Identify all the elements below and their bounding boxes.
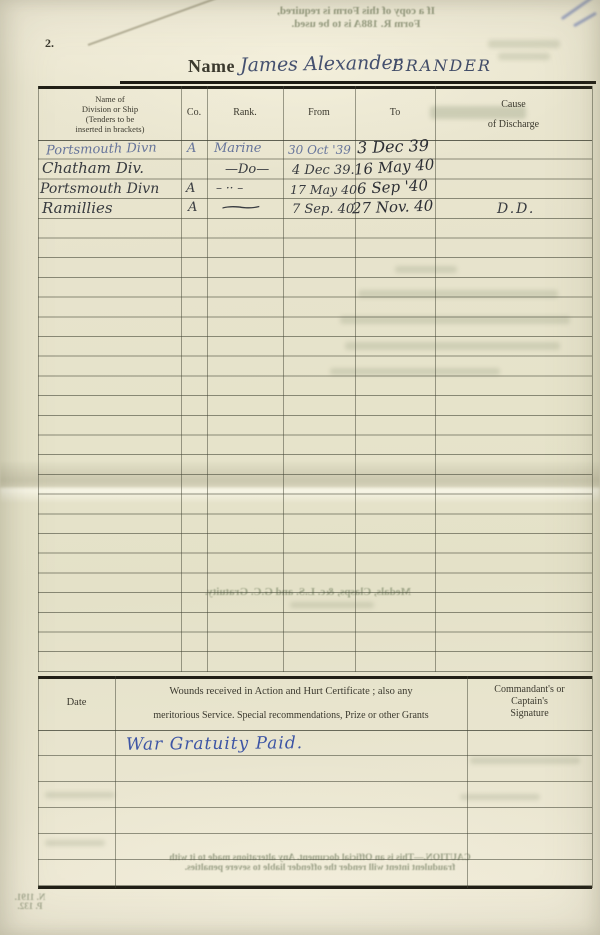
entry-cause: D.D. [497,202,535,216]
entry-from: 30 Oct '39 [288,144,351,156]
entry-rank: – ·· – [216,182,243,194]
col-header-division-line4: inserted in brackets) [40,124,180,134]
col-line [207,86,208,672]
entry-rank: Marine [214,142,262,155]
col-header-from: From [283,107,355,118]
notes-header-signature-line3: Signature [467,708,592,719]
notes-header-date: Date [38,697,115,708]
blue-ink-bleed-stroke [573,12,597,28]
entry-to: 3 Dec 39 [357,138,429,157]
col-line [38,86,39,672]
col-line [181,86,182,672]
ruled-rows-notes [38,730,592,886]
entry-from: 7 Sep. 40 [292,203,354,216]
bleed-smudge [498,53,550,60]
page-number: 2. [45,36,54,51]
bleedthrough-form-ref-line2: P. 132. [8,901,52,911]
entry-rank: —Do— [225,163,269,176]
entry-co: A [187,142,196,155]
col-header-rank: Rank. [207,107,283,118]
col-line [592,86,593,672]
entry-division: Portsmouth Divn [46,142,157,158]
col-line [592,676,593,888]
entry-division: Chatham Div. [42,161,144,176]
entry-rank: ~ [216,200,265,215]
entry-to: 27 Nov. 40 [352,199,434,217]
scanned-service-record-page: If a copy of this Form is required, Form… [0,0,600,935]
col-line [435,86,436,672]
col-header-cause-line1: Cause [435,99,592,110]
name-label: Name [188,56,235,77]
col-header-cause-line2: of Discharge [435,119,592,130]
bleedthrough-top-note-line1: If a copy of this Form is required, [225,5,487,17]
entry-co: A [188,201,197,214]
col-line [283,86,284,672]
name-value-surname: BRANDER [392,58,492,74]
col-header-division-line2: Division or Ship [40,104,180,114]
name-value-script: James Alexander [240,54,402,76]
entry-from: 4 Dec 39. [292,164,355,177]
name-underline [120,81,596,84]
col-header-division-line1: Name of [40,94,180,104]
entry-division: Ramillies [42,201,113,216]
notes-table-bottom-border [38,886,592,889]
notes-header-wounds-line1: Wounds received in Action and Hurt Certi… [118,686,464,697]
col-header-division: Name of Division or Ship (Tenders to be … [40,94,180,134]
notes-entry-war-gratuity: War Gratuity Paid. [126,735,303,754]
bleedthrough-top-note-line2: Form R. 188A is to be used. [225,18,487,30]
notes-header-signature-line2: Captain's [467,696,592,707]
ruled-rows [38,140,592,672]
col-line [115,676,116,888]
notes-header-wounds-line2: meritorious Service. Special recommendat… [115,710,467,721]
col-header-co: Co. [181,107,207,118]
col-header-to: To [355,107,435,118]
entry-from: 17 May 40 [290,184,357,197]
entry-division: Portsmouth Divn [40,182,159,196]
col-header-division-line3: (Tenders to be [40,114,180,124]
bleed-smudge [488,40,560,48]
entry-co: A [186,182,195,195]
entry-to: 6 Sep '40 [357,178,429,197]
notes-table-top-border [38,676,592,679]
notes-header-signature-line1: Commandant's or [467,684,592,695]
service-table-top-border [38,86,592,89]
